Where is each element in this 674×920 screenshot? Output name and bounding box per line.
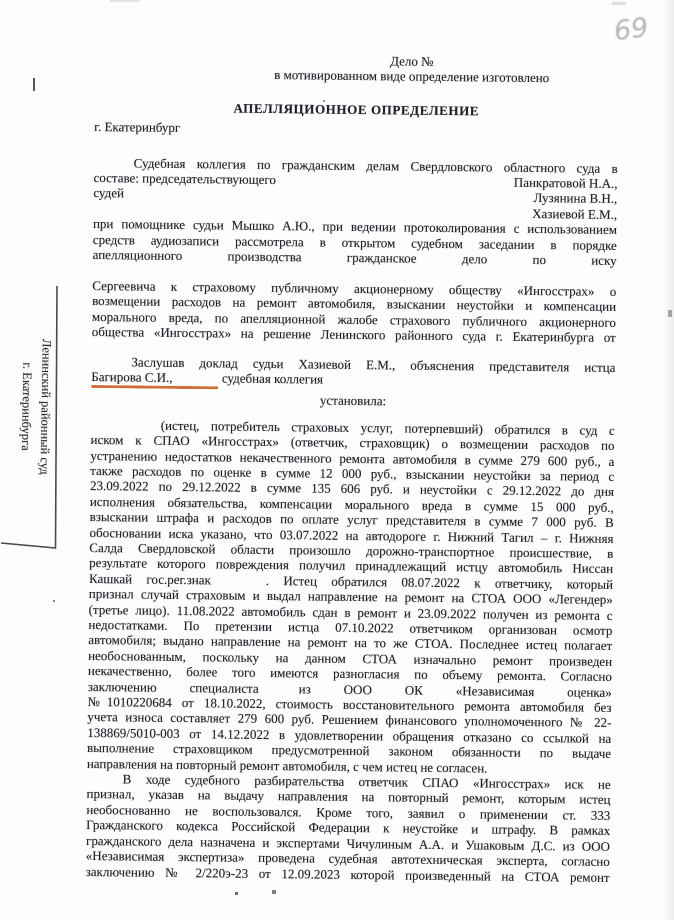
scan-speck [235,892,238,895]
ustanovila-heading: установила: [91,390,615,411]
claim-intro-paragraph: Сергеевича к страховому публичному акцио… [92,278,617,346]
assistant-paragraph: при помощнике судьи Мышко А.Ю., при веде… [92,216,617,284]
scan-speck [612,2,626,5]
document-text-block: Дело № в мотивированном виде определение… [86,50,619,885]
scanned-court-document-page: 69 Ленинский районный суд г. Екатеринбур… [0,0,674,920]
scan-speck [110,0,140,2]
redaction-gap [259,691,299,693]
document-title: АПЕЛЛЯЦИОННОЕ ОПРЕДЕЛЕНИЕ [94,99,618,120]
judge-name: Лузянина В.Н., [533,190,617,206]
orange-underlined-name: Багирова С.И., [91,369,219,389]
scan-speck [323,100,325,102]
handwritten-page-number: 69 [612,12,650,47]
header-block: Дело № в мотивированном виде определение… [95,50,619,87]
scan-speck [33,78,35,91]
panel-composition-rows: составе: председательствующегоПанкратово… [93,170,617,222]
court-name-side-stamp: Ленинский районный суд г. Екатеринбурга [15,331,56,482]
city-line: г. Екатеринбург [94,119,618,140]
redaction-gap [211,582,266,585]
redaction-gap [92,272,344,277]
side-stamp-line1: Ленинский районный суд [34,332,56,482]
facts-paragraph: (истец, потребитель страховых услуг, пот… [87,417,615,777]
report-paragraph: Заслушав доклад судьи Хазиевой Е.М., объ… [91,353,615,390]
proceedings-paragraph: В ходе судебного разбирательства ответчи… [86,771,611,885]
motivated-decision-line: в мотивированном виде определение изгото… [205,67,619,87]
side-stamp-line2: г. Екатеринбурга [15,331,37,481]
judge-name: Панкратовой Н.А., [514,175,618,192]
panel-role-label: судей [93,185,124,201]
judge-name: Хазиевой Е.М., [532,206,617,222]
scan-speck [53,600,55,602]
scan-speck [668,310,672,317]
scan-speck [272,890,276,894]
